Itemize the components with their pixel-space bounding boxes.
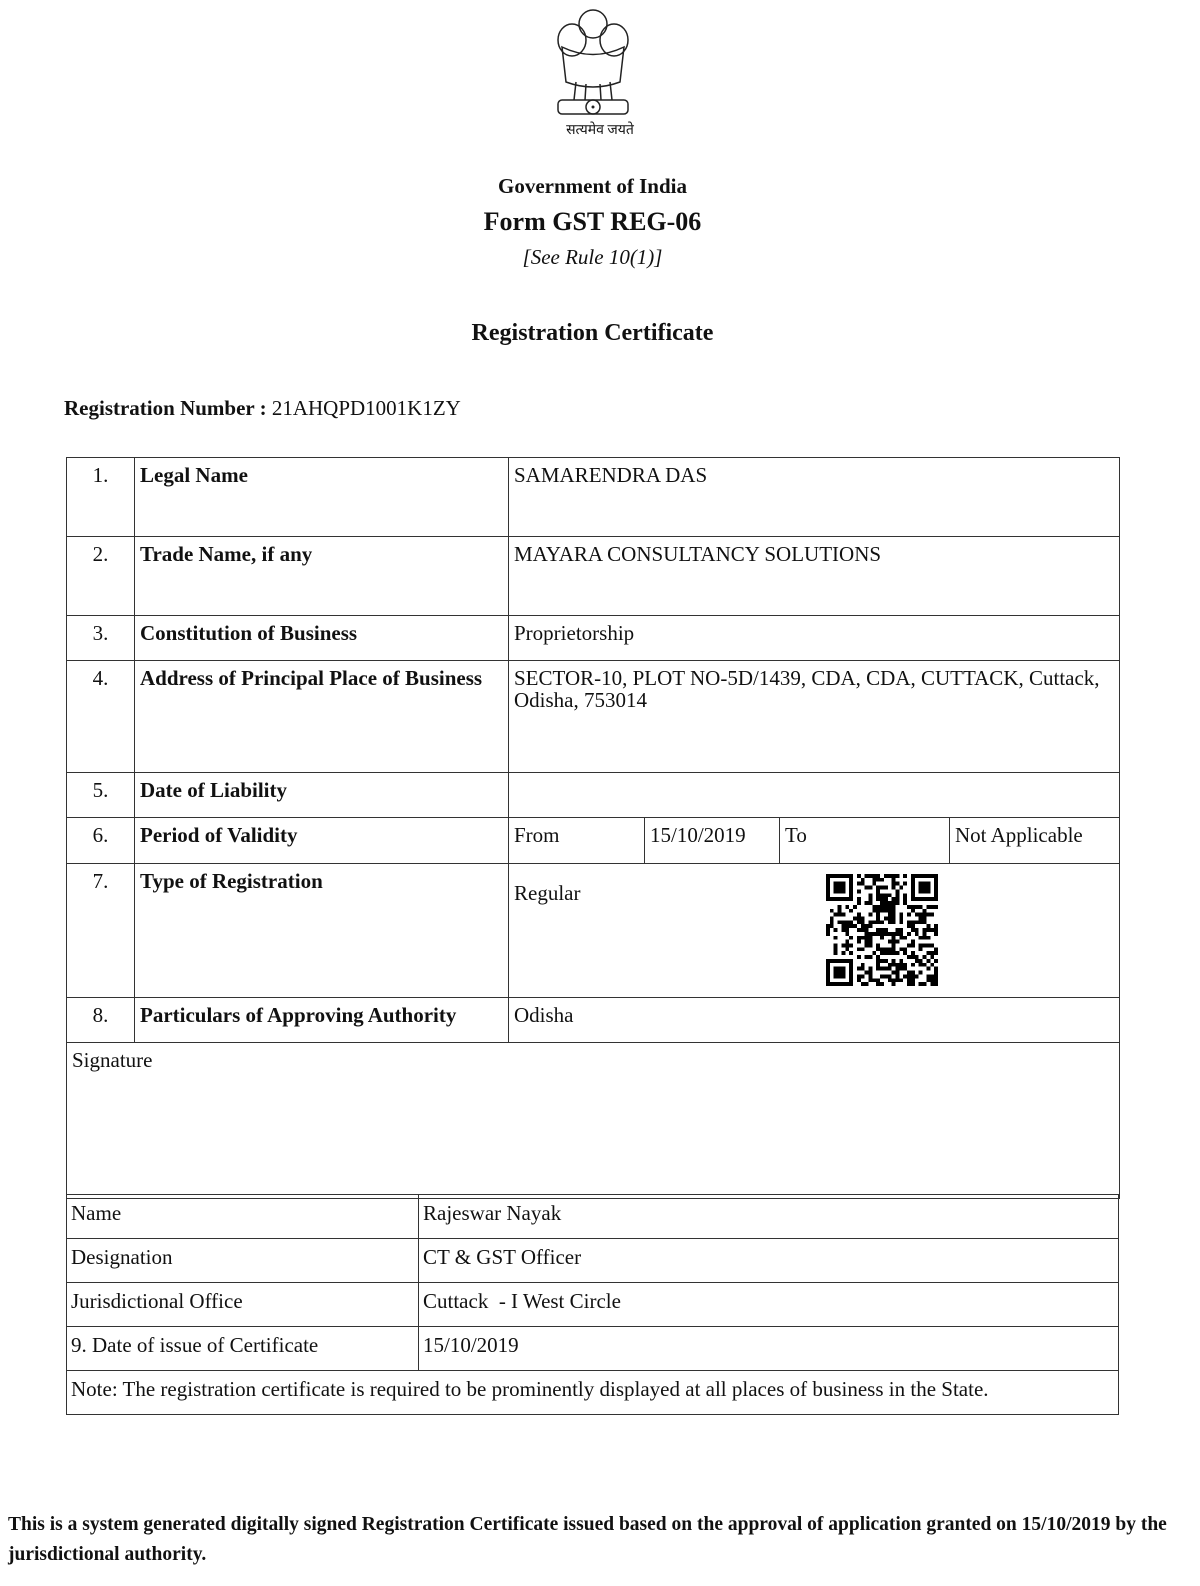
- row-number: 6.: [67, 818, 135, 864]
- row-label: Type of Registration: [135, 864, 509, 998]
- row-label: Particulars of Approving Authority: [135, 998, 509, 1043]
- row-label: Legal Name: [135, 458, 509, 537]
- certificate-title: Registration Certificate: [0, 320, 1185, 347]
- row-label: Date of Liability: [135, 773, 509, 818]
- officer-value: 15/10/2019: [419, 1327, 1119, 1371]
- registration-type-value: Regular: [514, 882, 580, 904]
- display-note: Note: The registration certificate is re…: [67, 1371, 1119, 1415]
- trade-name-value: MAYARA CONSULTANCY SOLUTIONS: [509, 537, 1120, 616]
- row-number: 4.: [67, 661, 135, 773]
- qr-code-icon: [826, 874, 938, 986]
- officer-row: Designation CT & GST Officer: [67, 1239, 1119, 1283]
- validity-to-label: To: [780, 818, 950, 864]
- officer-row: Jurisdictional Office Cuttack - I West C…: [67, 1283, 1119, 1327]
- officer-value: CT & GST Officer: [419, 1239, 1119, 1283]
- table-row: 1. Legal Name SAMARENDRA DAS: [67, 458, 1120, 537]
- officer-table: Name Rajeswar Nayak Designation CT & GST…: [66, 1194, 1119, 1415]
- row-number: 7.: [67, 864, 135, 998]
- row-number: 2.: [67, 537, 135, 616]
- officer-key: Designation: [67, 1239, 419, 1283]
- row-number: 8.: [67, 998, 135, 1043]
- signature-row: Signature: [67, 1043, 1120, 1199]
- officer-value: Rajeswar Nayak: [419, 1195, 1119, 1239]
- table-row: 7. Type of Registration Regular: [67, 864, 1120, 998]
- signature-label: Signature: [67, 1043, 1120, 1199]
- row-label: Address of Principal Place of Business: [135, 661, 509, 773]
- row-label: Trade Name, if any: [135, 537, 509, 616]
- form-title: Form GST REG-06: [0, 207, 1185, 237]
- row-number: 1.: [67, 458, 135, 537]
- officer-row: Name Rajeswar Nayak: [67, 1195, 1119, 1239]
- row-label: Period of Validity: [135, 818, 509, 864]
- note-row: Note: The registration certificate is re…: [67, 1371, 1119, 1415]
- table-row: 3. Constitution of Business Proprietorsh…: [67, 616, 1120, 661]
- legal-name-value: SAMARENDRA DAS: [509, 458, 1120, 537]
- constitution-value: Proprietorship: [509, 616, 1120, 661]
- approving-authority-value: Odisha: [509, 998, 1120, 1043]
- details-table: 1. Legal Name SAMARENDRA DAS 2. Trade Na…: [66, 457, 1120, 1199]
- table-row: 8. Particulars of Approving Authority Od…: [67, 998, 1120, 1043]
- officer-key: 9. Date of issue of Certificate: [67, 1327, 419, 1371]
- motto-text: सत्यमेव जयते: [0, 120, 1200, 139]
- registration-number-label: Registration Number :: [64, 396, 267, 420]
- validity-from-value: 15/10/2019: [645, 818, 780, 864]
- registration-type-cell: Regular: [509, 864, 1120, 998]
- date-of-liability-value: [509, 773, 1120, 818]
- officer-value: Cuttack - I West Circle: [419, 1283, 1119, 1327]
- registration-number-line: Registration Number : 21AHQPD1001K1ZY: [64, 396, 461, 421]
- table-row: 5. Date of Liability: [67, 773, 1120, 818]
- government-heading: Government of India: [0, 174, 1185, 199]
- officer-key: Name: [67, 1195, 419, 1239]
- address-value: SECTOR-10, PLOT NO-5D/1439, CDA, CDA, CU…: [509, 661, 1120, 773]
- officer-key: Jurisdictional Office: [67, 1283, 419, 1327]
- table-row: 6. Period of Validity From 15/10/2019 To…: [67, 818, 1120, 864]
- row-number: 5.: [67, 773, 135, 818]
- system-generated-footer: This is a system generated digitally sig…: [8, 1510, 1178, 1570]
- row-label: Constitution of Business: [135, 616, 509, 661]
- row-number: 3.: [67, 616, 135, 661]
- officer-row: 9. Date of issue of Certificate 15/10/20…: [67, 1327, 1119, 1371]
- table-row: 2. Trade Name, if any MAYARA CONSULTANCY…: [67, 537, 1120, 616]
- table-row: 4. Address of Principal Place of Busines…: [67, 661, 1120, 773]
- validity-from-label: From: [509, 818, 645, 864]
- rule-reference: [See Rule 10(1)]: [0, 245, 1185, 270]
- validity-to-value: Not Applicable: [950, 818, 1120, 864]
- registration-number-value: 21AHQPD1001K1ZY: [272, 396, 461, 420]
